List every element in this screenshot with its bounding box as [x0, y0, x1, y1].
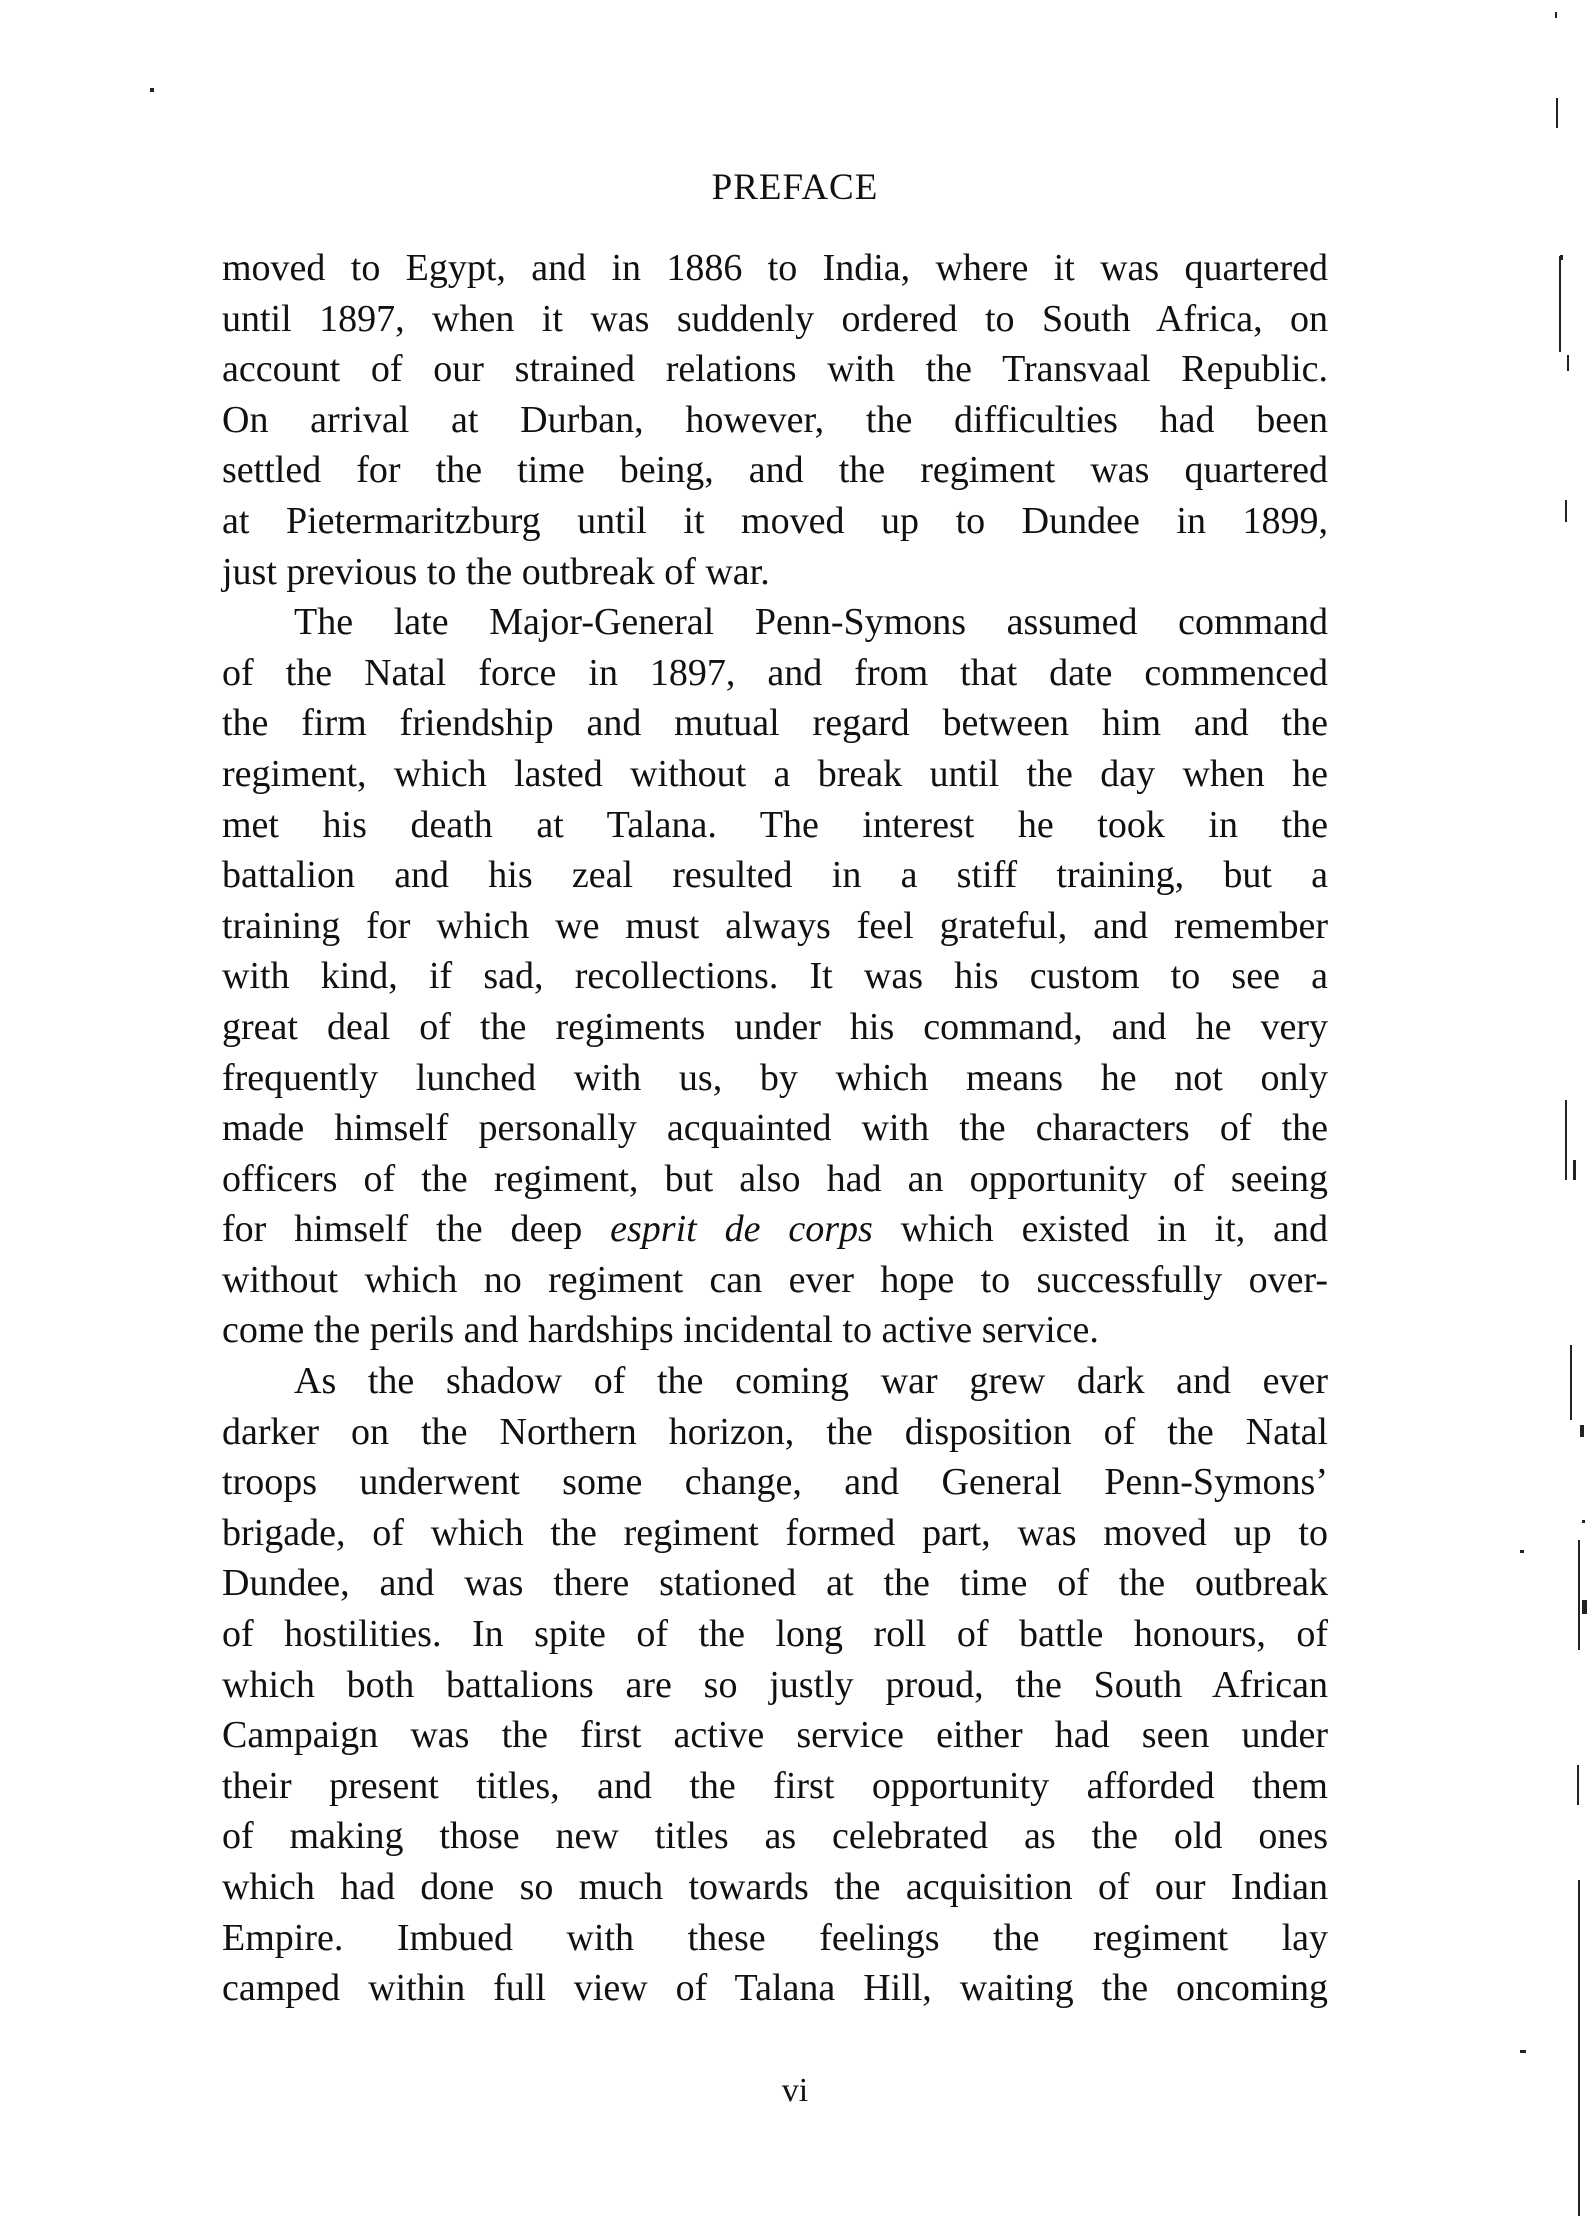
text-line: training for which we must always feel g… [222, 901, 1328, 952]
text-line: which had done so much towards the acqui… [222, 1862, 1328, 1913]
text-line: come the perils and hardships incidental… [222, 1305, 1328, 1356]
text-line: with kind, if sad, recollections. It was… [222, 951, 1328, 1002]
scan-edge-line [1578, 1540, 1580, 1650]
text-line: battalion and his zeal resulted in a sti… [222, 850, 1328, 901]
text-line: settled for the time being, and the regi… [222, 445, 1328, 496]
italic-phrase: esprit de corps [610, 1208, 873, 1250]
page-number: vi [0, 2072, 1590, 2110]
scan-edge-line [1580, 1425, 1584, 1437]
scan-speck [1520, 1550, 1524, 1553]
body-text: moved to Egypt, and in 1886 to India, wh… [222, 243, 1328, 2014]
text-line: Dundee, and was there stationed at the t… [222, 1558, 1328, 1609]
text-line: darker on the Northern horizon, the disp… [222, 1407, 1328, 1458]
text-line: frequently lunched with us, by which mea… [222, 1053, 1328, 1104]
text-line: As the shadow of the coming war grew dar… [222, 1356, 1328, 1407]
text-line: The late Major-General Penn-Symons assum… [222, 597, 1328, 648]
scan-speck [1582, 1520, 1585, 1523]
scan-edge-line [1565, 1100, 1567, 1180]
text-line: their present titles, and the first oppo… [222, 1761, 1328, 1812]
text-line: met his death at Talana. The interest he… [222, 800, 1328, 851]
scan-edge-line [1565, 500, 1567, 522]
scan-edge-line [1556, 98, 1558, 128]
text-line: great deal of the regiments under his co… [222, 1002, 1328, 1053]
text-line: of hostilities. In spite of the long rol… [222, 1609, 1328, 1660]
scan-speck [1582, 1600, 1587, 1614]
text-line-with-italic: for himself the deep esprit de corps whi… [222, 1204, 1328, 1255]
scan-edge-line [1555, 12, 1557, 18]
scan-speck [1520, 2050, 1526, 2053]
paragraph-2: The late Major-General Penn-Symons assum… [222, 597, 1328, 1356]
text-line: Campaign was the first active service ei… [222, 1710, 1328, 1761]
scan-edge-line [1573, 1160, 1576, 1180]
text-line: moved to Egypt, and in 1886 to India, wh… [222, 243, 1328, 294]
text-line: officers of the regiment, but also had a… [222, 1154, 1328, 1205]
text-line: camped within full view of Talana Hill, … [222, 1963, 1328, 2014]
scan-edge-line [1577, 1765, 1579, 1805]
book-page: PREFACE moved to Egypt, and in 1886 to I… [0, 0, 1590, 2216]
scan-edge-line [1559, 256, 1561, 352]
paragraph-3: As the shadow of the coming war grew dar… [222, 1356, 1328, 2014]
running-head: PREFACE [0, 166, 1590, 209]
scan-edge-line [1570, 1345, 1572, 1420]
text-line: On arrival at Durban, however, the diffi… [222, 395, 1328, 446]
text-line: the firm friendship and mutual regard be… [222, 698, 1328, 749]
text-line: of the Natal force in 1897, and from tha… [222, 648, 1328, 699]
text-line: at Pietermaritzburg until it moved up to… [222, 496, 1328, 547]
text-line: which both battalions are so justly prou… [222, 1660, 1328, 1711]
paragraph-1: moved to Egypt, and in 1886 to India, wh… [222, 243, 1328, 597]
text-line: without which no regiment can ever hope … [222, 1255, 1328, 1306]
scan-edge-line [1578, 1880, 1580, 2216]
scan-speck [150, 88, 154, 92]
text-line: just previous to the outbreak of war. [222, 547, 1328, 598]
text-line: until 1897, when it was suddenly ordered… [222, 294, 1328, 345]
text-line: brigade, of which the regiment formed pa… [222, 1508, 1328, 1559]
text-line: troops underwent some change, and Genera… [222, 1457, 1328, 1508]
text-line: regiment, which lasted without a break u… [222, 749, 1328, 800]
text-line: Empire. Imbued with these feelings the r… [222, 1913, 1328, 1964]
text-line: account of our strained relations with t… [222, 344, 1328, 395]
text-line: of making those new titles as celebrated… [222, 1811, 1328, 1862]
scan-edge-line [1567, 355, 1569, 371]
text-line: made himself personally acquainted with … [222, 1103, 1328, 1154]
